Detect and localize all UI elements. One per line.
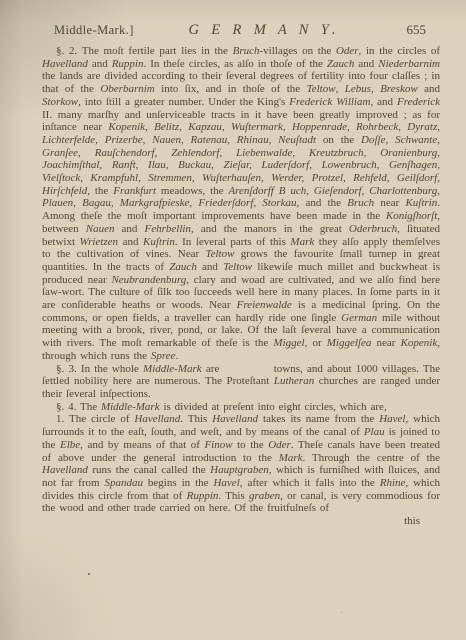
running-title: Middle-Mark.] [54,23,134,38]
page-header: Middle-Mark.] G E R M A N Y. 655 [0,0,466,39]
text-body: §. 2. The moſt fertile part lies in the … [0,39,466,515]
paper-speck [88,573,90,575]
paragraph: 1. The circle of Havelland. This Havella… [42,413,440,515]
book-page: Middle-Mark.] G E R M A N Y. 655 §. 2. T… [0,0,466,640]
page-number: 655 [407,22,427,38]
paragraph: §. 4. The Middle-Mark is divided at preſ… [42,401,440,414]
page-title: G E R M A N Y. [189,22,340,39]
paper-speck [341,612,342,613]
paragraph: §. 2. The moſt fertile part lies in the … [42,45,440,363]
catchword: this [0,515,466,528]
paragraph: §. 3. In the whole Middle-Mark are towns… [42,363,440,401]
